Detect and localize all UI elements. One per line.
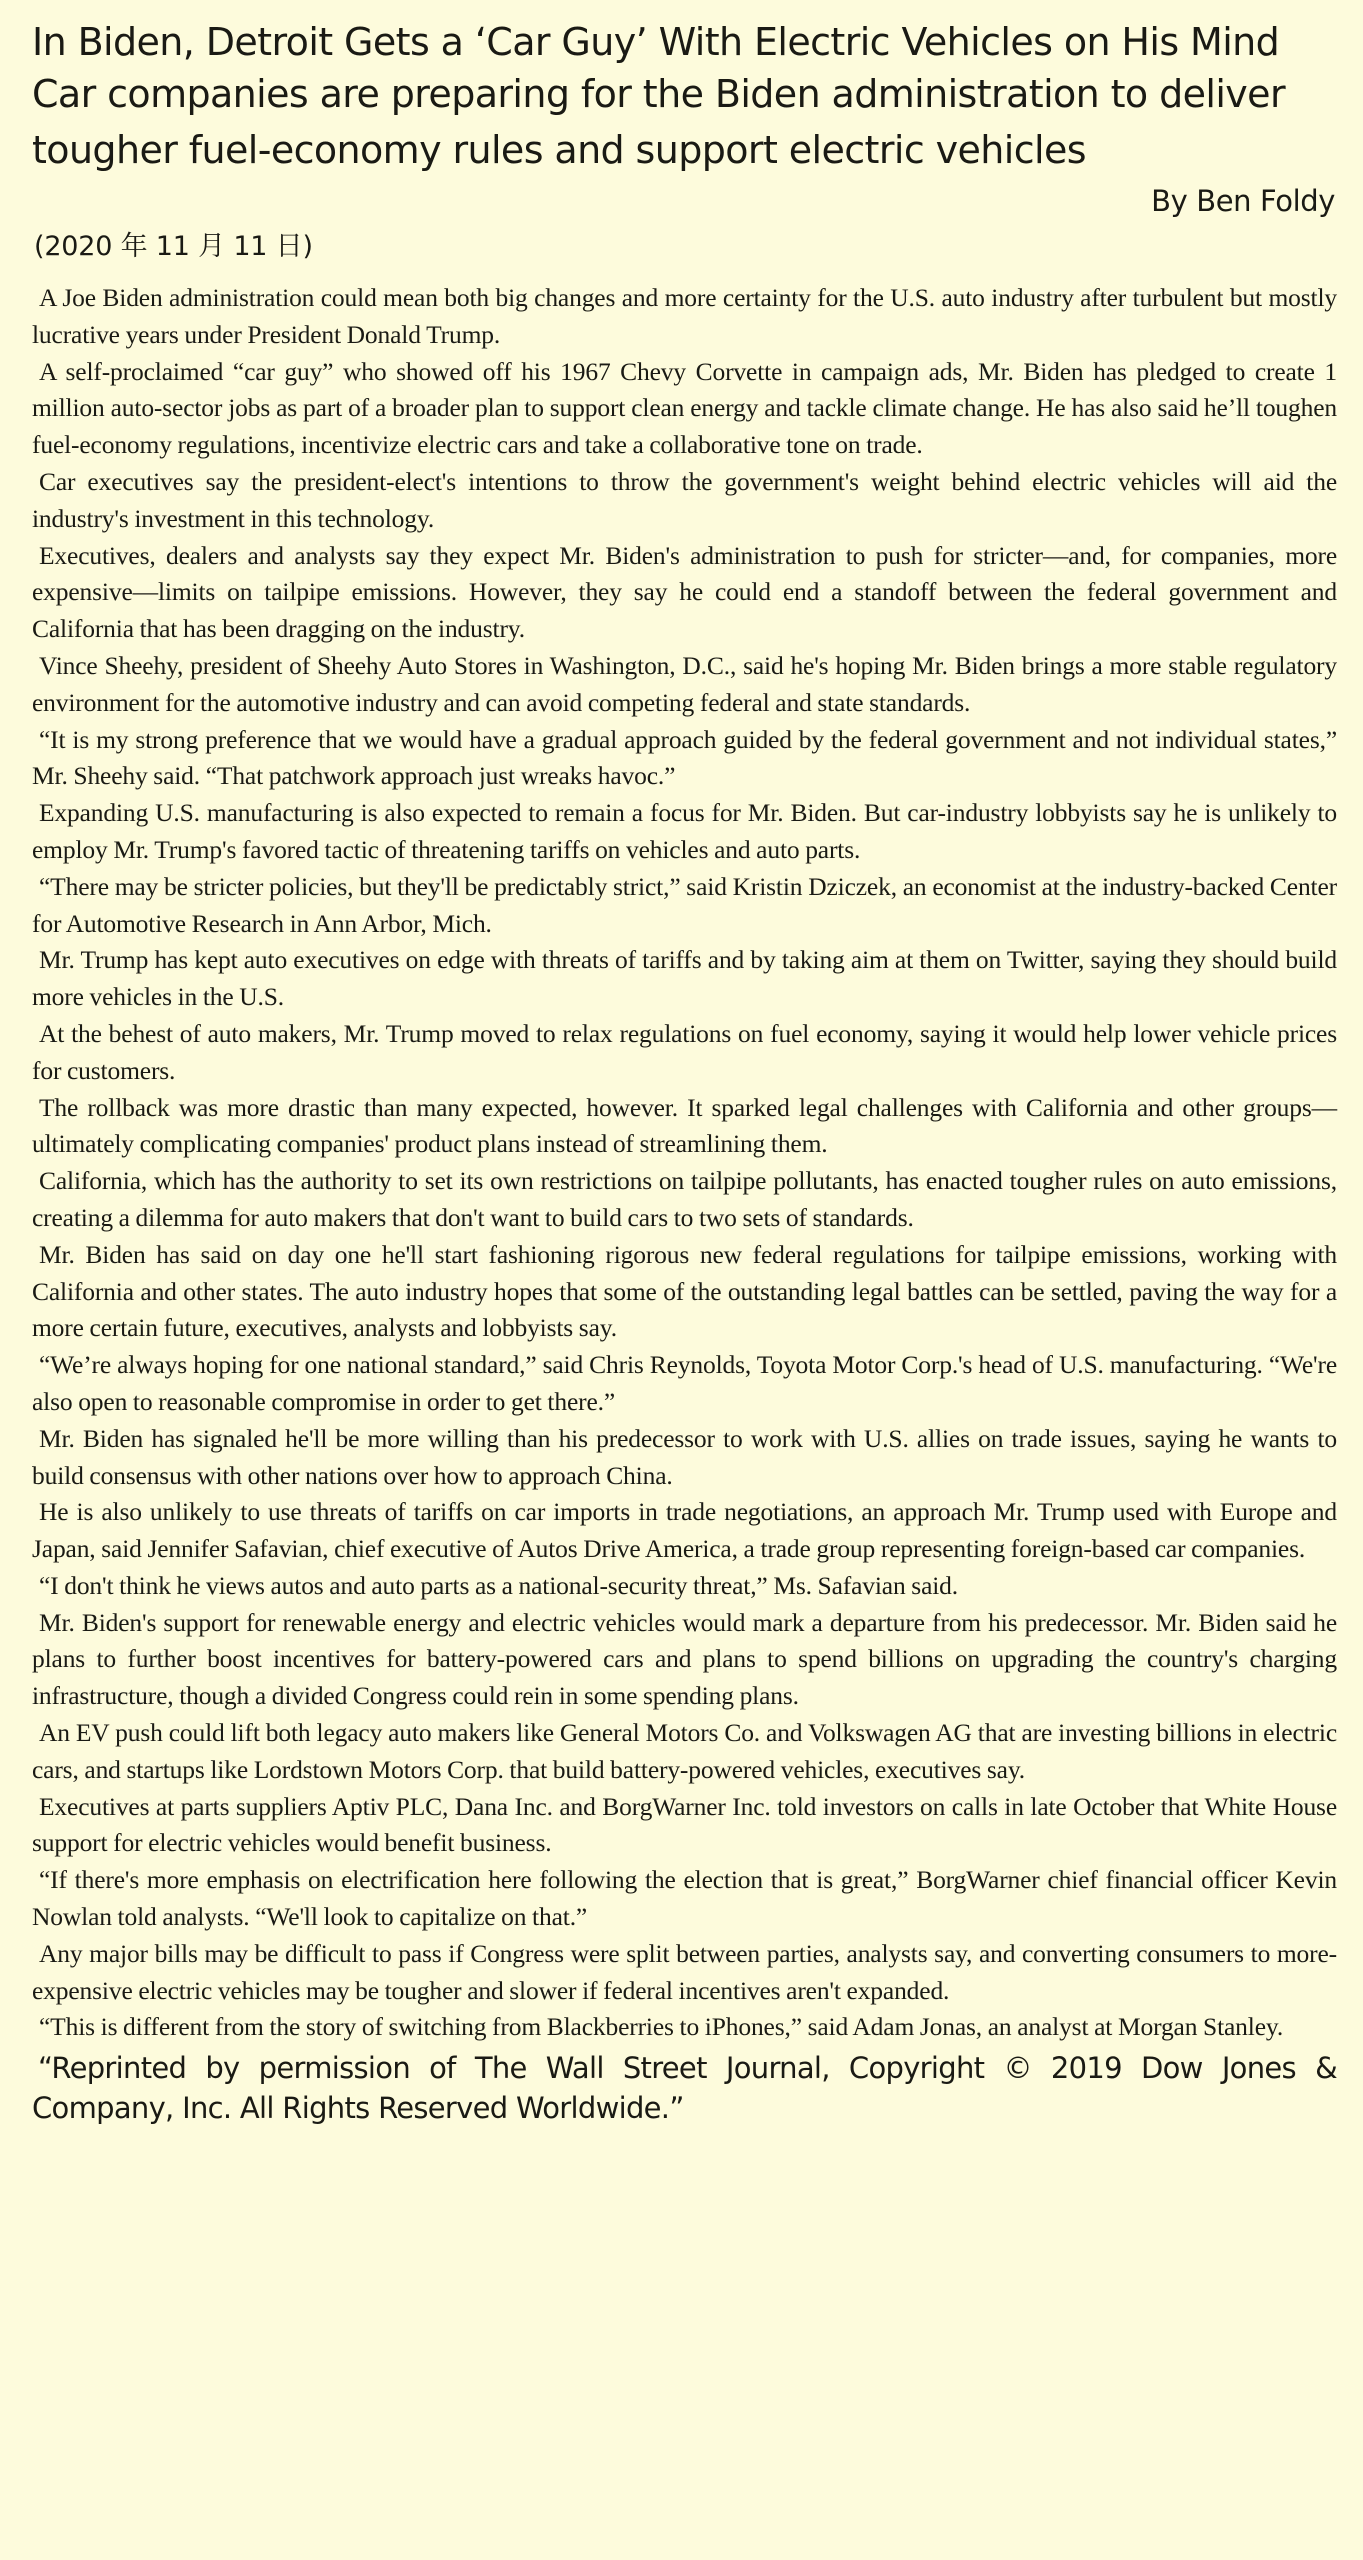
paragraph: He is also unlikely to use threats of ta… (32, 1494, 1337, 1568)
article-subheadline: Car companies are preparing for the Bide… (32, 66, 1337, 178)
article-headline: In Biden, Detroit Gets a ‘Car Guy’ With … (32, 12, 1337, 66)
paragraph: California, which has the authority to s… (32, 1163, 1337, 1237)
paragraph: “It is my strong preference that we woul… (32, 722, 1337, 796)
paragraph: “This is different from the story of swi… (32, 2009, 1337, 2046)
paragraph: “There may be stricter policies, but the… (32, 869, 1337, 943)
article-date: (2020 年 11 月 11 日) (32, 224, 1337, 270)
paragraph: At the behest of auto makers, Mr. Trump … (32, 1016, 1337, 1090)
paragraph: A Joe Biden administration could mean bo… (32, 280, 1337, 354)
paragraph: “We’re always hoping for one national st… (32, 1347, 1337, 1421)
paragraph: Mr. Biden's support for renewable energy… (32, 1605, 1337, 1715)
article-body: A Joe Biden administration could mean bo… (32, 280, 1337, 2046)
paragraph: Vince Sheehy, president of Sheehy Auto S… (32, 648, 1337, 722)
paragraph: Executives, dealers and analysts say the… (32, 538, 1337, 648)
article-page: In Biden, Detroit Gets a ‘Car Guy’ With … (0, 0, 1363, 2128)
paragraph: The rollback was more drastic than many … (32, 1090, 1337, 1164)
paragraph: An EV push could lift both legacy auto m… (32, 1715, 1337, 1789)
paragraph: Any major bills may be difficult to pass… (32, 1936, 1337, 2010)
paragraph: Mr. Biden has said on day one he'll star… (32, 1237, 1337, 1347)
paragraph: “I don't think he views autos and auto p… (32, 1568, 1337, 1605)
paragraph: Mr. Biden has signaled he'll be more wil… (32, 1421, 1337, 1495)
paragraph: Mr. Trump has kept auto executives on ed… (32, 942, 1337, 1016)
article-byline: By Ben Foldy (32, 178, 1337, 224)
paragraph: Expanding U.S. manufacturing is also exp… (32, 795, 1337, 869)
paragraph: “If there's more emphasis on electrifica… (32, 1862, 1337, 1936)
paragraph: Executives at parts suppliers Aptiv PLC,… (32, 1789, 1337, 1863)
paragraph: A self-proclaimed “car guy” who showed o… (32, 354, 1337, 464)
paragraph: Car executives say the president-elect's… (32, 464, 1337, 538)
copyright-credit: “Reprinted by permission of The Wall Str… (32, 2048, 1337, 2128)
